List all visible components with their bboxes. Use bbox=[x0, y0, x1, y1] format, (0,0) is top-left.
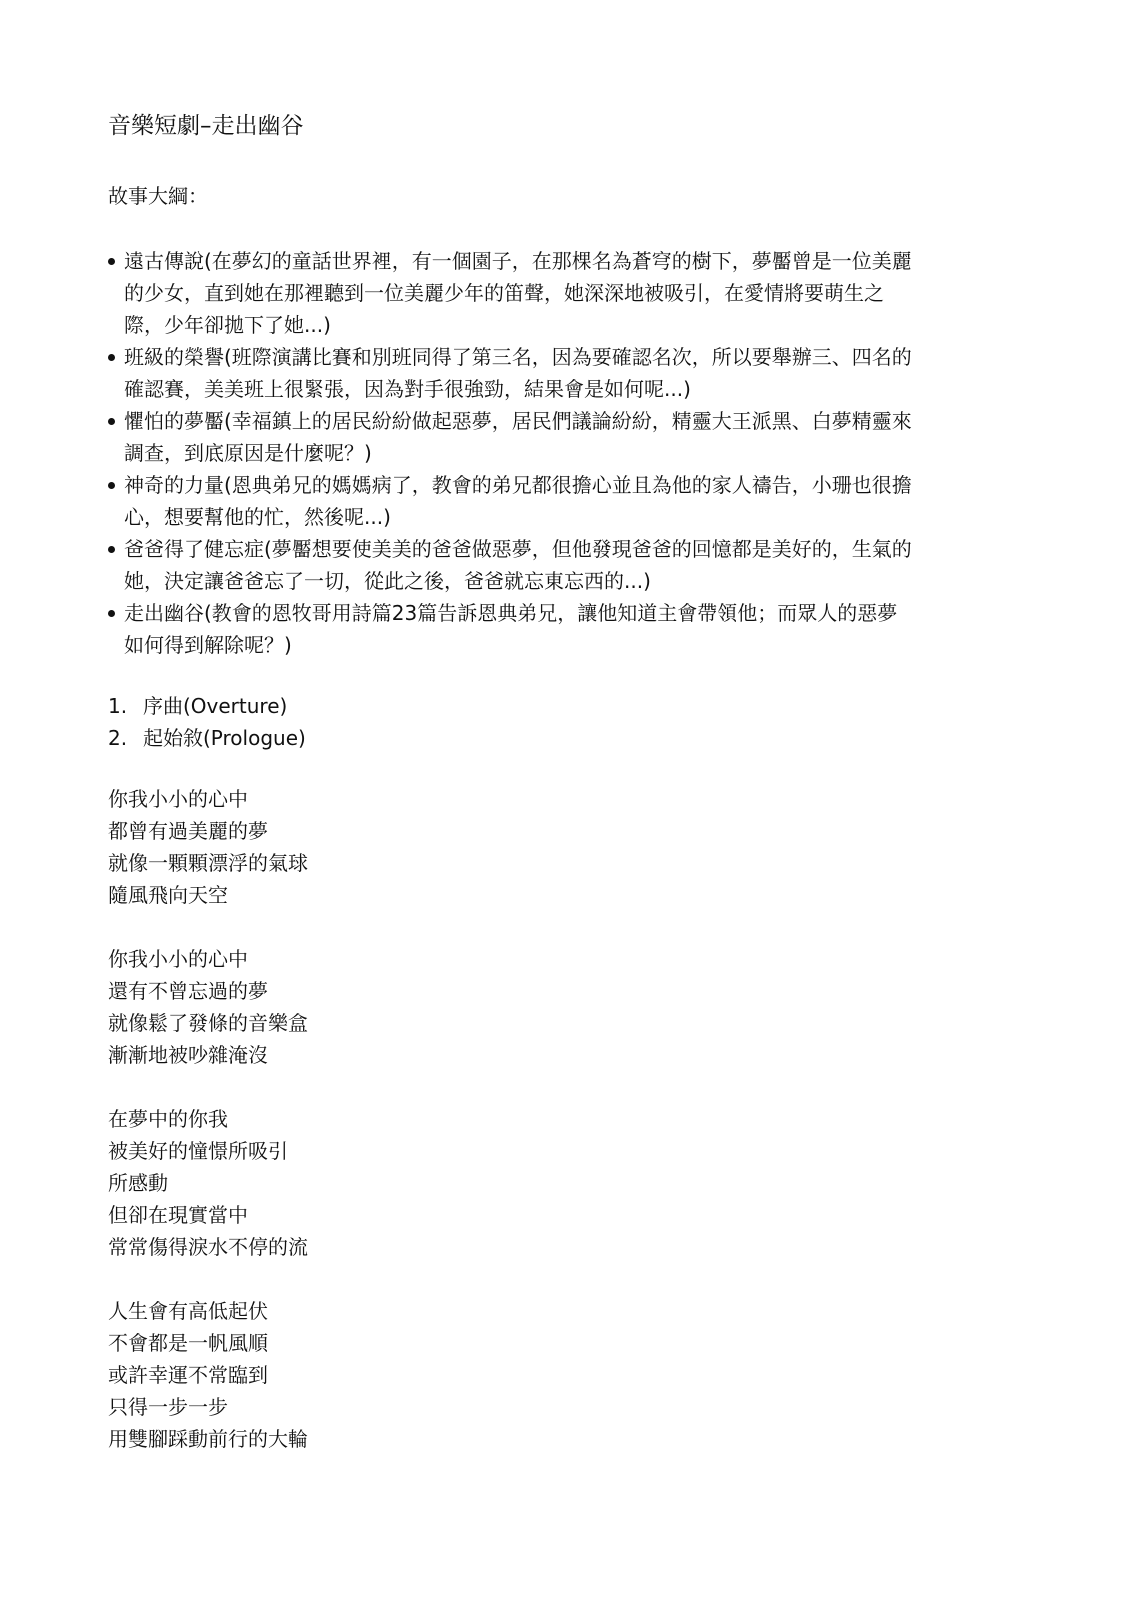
lyric-stanza: 你我小小的心中 還有不曾忘過的夢 就像鬆了發條的音樂盒 漸漸地被吵雜淹沒 bbox=[108, 943, 308, 1071]
section-list: 1.序曲(Overture) 2.起始敘(Prologue) bbox=[108, 690, 306, 754]
lyric-line: 不會都是一帆風順 bbox=[108, 1327, 308, 1359]
lyric-stanza: 你我小小的心中 都曾有過美麗的夢 就像一顆顆漂浮的氣球 隨風飛向天空 bbox=[108, 783, 308, 911]
outline-line: 確認賽，美美班上很緊張，因為對手很強勁，結果會是如何呢...) bbox=[124, 373, 1008, 405]
document-title: 音樂短劇–走出幽谷 bbox=[108, 111, 304, 141]
section-label: 序曲(Overture) bbox=[143, 694, 287, 718]
bullet-icon bbox=[108, 546, 115, 553]
section-item-overture: 1.序曲(Overture) bbox=[108, 690, 306, 722]
outline-line: 如何得到解除呢？) bbox=[124, 629, 1008, 661]
outline-item: 遠古傳說(在夢幻的童話世界裡，有一個園子，在那棵名為蒼穹的樹下，夢靨曾是一位美麗… bbox=[108, 245, 1008, 341]
lyric-line: 或許幸運不常臨到 bbox=[108, 1359, 308, 1391]
outline-line: 她，決定讓爸爸忘了一切，從此之後，爸爸就忘東忘西的...) bbox=[124, 565, 1008, 597]
lyric-line: 只得一步一步 bbox=[108, 1391, 308, 1423]
outline-line: 神奇的力量(恩典弟兄的媽媽病了，教會的弟兄都很擔心並且為他的家人禱告，小珊也很擔 bbox=[124, 469, 1008, 501]
lyric-line: 常常傷得淚水不停的流 bbox=[108, 1231, 308, 1263]
outline-line: 走出幽谷(教會的恩牧哥用詩篇23篇告訴恩典弟兄，讓他知道主會帶領他；而眾人的惡夢 bbox=[124, 597, 1008, 629]
outline-line: 爸爸得了健忘症(夢靨想要使美美的爸爸做惡夢，但他發現爸爸的回憶都是美好的，生氣的 bbox=[124, 533, 1008, 565]
lyric-line: 你我小小的心中 bbox=[108, 943, 308, 975]
lyric-stanza: 人生會有高低起伏 不會都是一帆風順 或許幸運不常臨到 只得一步一步 用雙腳踩動前… bbox=[108, 1295, 308, 1455]
bullet-icon bbox=[108, 610, 115, 617]
lyric-stanza: 在夢中的你我 被美好的憧憬所吸引 所感動 但卻在現實當中 常常傷得淚水不停的流 bbox=[108, 1103, 308, 1263]
lyrics-block: 你我小小的心中 都曾有過美麗的夢 就像一顆顆漂浮的氣球 隨風飛向天空 你我小小的… bbox=[108, 783, 308, 1487]
lyric-line: 還有不曾忘過的夢 bbox=[108, 975, 308, 1007]
outline-item: 懼怕的夢靨(幸福鎮上的居民紛紛做起惡夢，居民們議論紛紛，精靈大王派黑、白夢精靈來… bbox=[108, 405, 1008, 469]
bullet-icon bbox=[108, 482, 115, 489]
outline-item: 走出幽谷(教會的恩牧哥用詩篇23篇告訴恩典弟兄，讓他知道主會帶領他；而眾人的惡夢… bbox=[108, 597, 1008, 661]
section-item-prologue: 2.起始敘(Prologue) bbox=[108, 722, 306, 754]
outline-item: 班級的榮譽(班際演講比賽和別班同得了第三名，因為要確認名次，所以要舉辦三、四名的… bbox=[108, 341, 1008, 405]
lyric-line: 你我小小的心中 bbox=[108, 783, 308, 815]
section-number: 2. bbox=[108, 722, 143, 754]
outline-item: 神奇的力量(恩典弟兄的媽媽病了，教會的弟兄都很擔心並且為他的家人禱告，小珊也很擔… bbox=[108, 469, 1008, 533]
story-outline-list: 遠古傳說(在夢幻的童話世界裡，有一個園子，在那棵名為蒼穹的樹下，夢靨曾是一位美麗… bbox=[108, 245, 1008, 661]
lyric-line: 漸漸地被吵雜淹沒 bbox=[108, 1039, 308, 1071]
outline-line: 的少女，直到她在那裡聽到一位美麗少年的笛聲，她深深地被吸引，在愛情將要萌生之 bbox=[124, 277, 1008, 309]
bullet-icon bbox=[108, 418, 115, 425]
outline-line: 心，想要幫他的忙，然後呢...) bbox=[124, 501, 1008, 533]
section-label: 起始敘(Prologue) bbox=[143, 726, 306, 750]
section-number: 1. bbox=[108, 690, 143, 722]
lyric-line: 就像鬆了發條的音樂盒 bbox=[108, 1007, 308, 1039]
lyric-line: 隨風飛向天空 bbox=[108, 879, 308, 911]
outline-item: 爸爸得了健忘症(夢靨想要使美美的爸爸做惡夢，但他發現爸爸的回憶都是美好的，生氣的… bbox=[108, 533, 1008, 597]
outline-line: 班級的榮譽(班際演講比賽和別班同得了第三名，因為要確認名次，所以要舉辦三、四名的 bbox=[124, 341, 1008, 373]
lyric-line: 都曾有過美麗的夢 bbox=[108, 815, 308, 847]
outline-line: 際，少年卻拋下了她...) bbox=[124, 309, 1008, 341]
lyric-line: 用雙腳踩動前行的大輪 bbox=[108, 1423, 308, 1455]
lyric-line: 但卻在現實當中 bbox=[108, 1199, 308, 1231]
lyric-line: 人生會有高低起伏 bbox=[108, 1295, 308, 1327]
outline-line: 遠古傳說(在夢幻的童話世界裡，有一個園子，在那棵名為蒼穹的樹下，夢靨曾是一位美麗 bbox=[124, 245, 1008, 277]
outline-heading: 故事大綱： bbox=[108, 182, 208, 210]
outline-line: 懼怕的夢靨(幸福鎮上的居民紛紛做起惡夢，居民們議論紛紛，精靈大王派黑、白夢精靈來 bbox=[124, 405, 1008, 437]
lyric-line: 就像一顆顆漂浮的氣球 bbox=[108, 847, 308, 879]
outline-line: 調查，到底原因是什麼呢？) bbox=[124, 437, 1008, 469]
lyric-line: 在夢中的你我 bbox=[108, 1103, 308, 1135]
lyric-line: 被美好的憧憬所吸引 bbox=[108, 1135, 308, 1167]
bullet-icon bbox=[108, 354, 115, 361]
lyric-line: 所感動 bbox=[108, 1167, 308, 1199]
bullet-icon bbox=[108, 258, 115, 265]
